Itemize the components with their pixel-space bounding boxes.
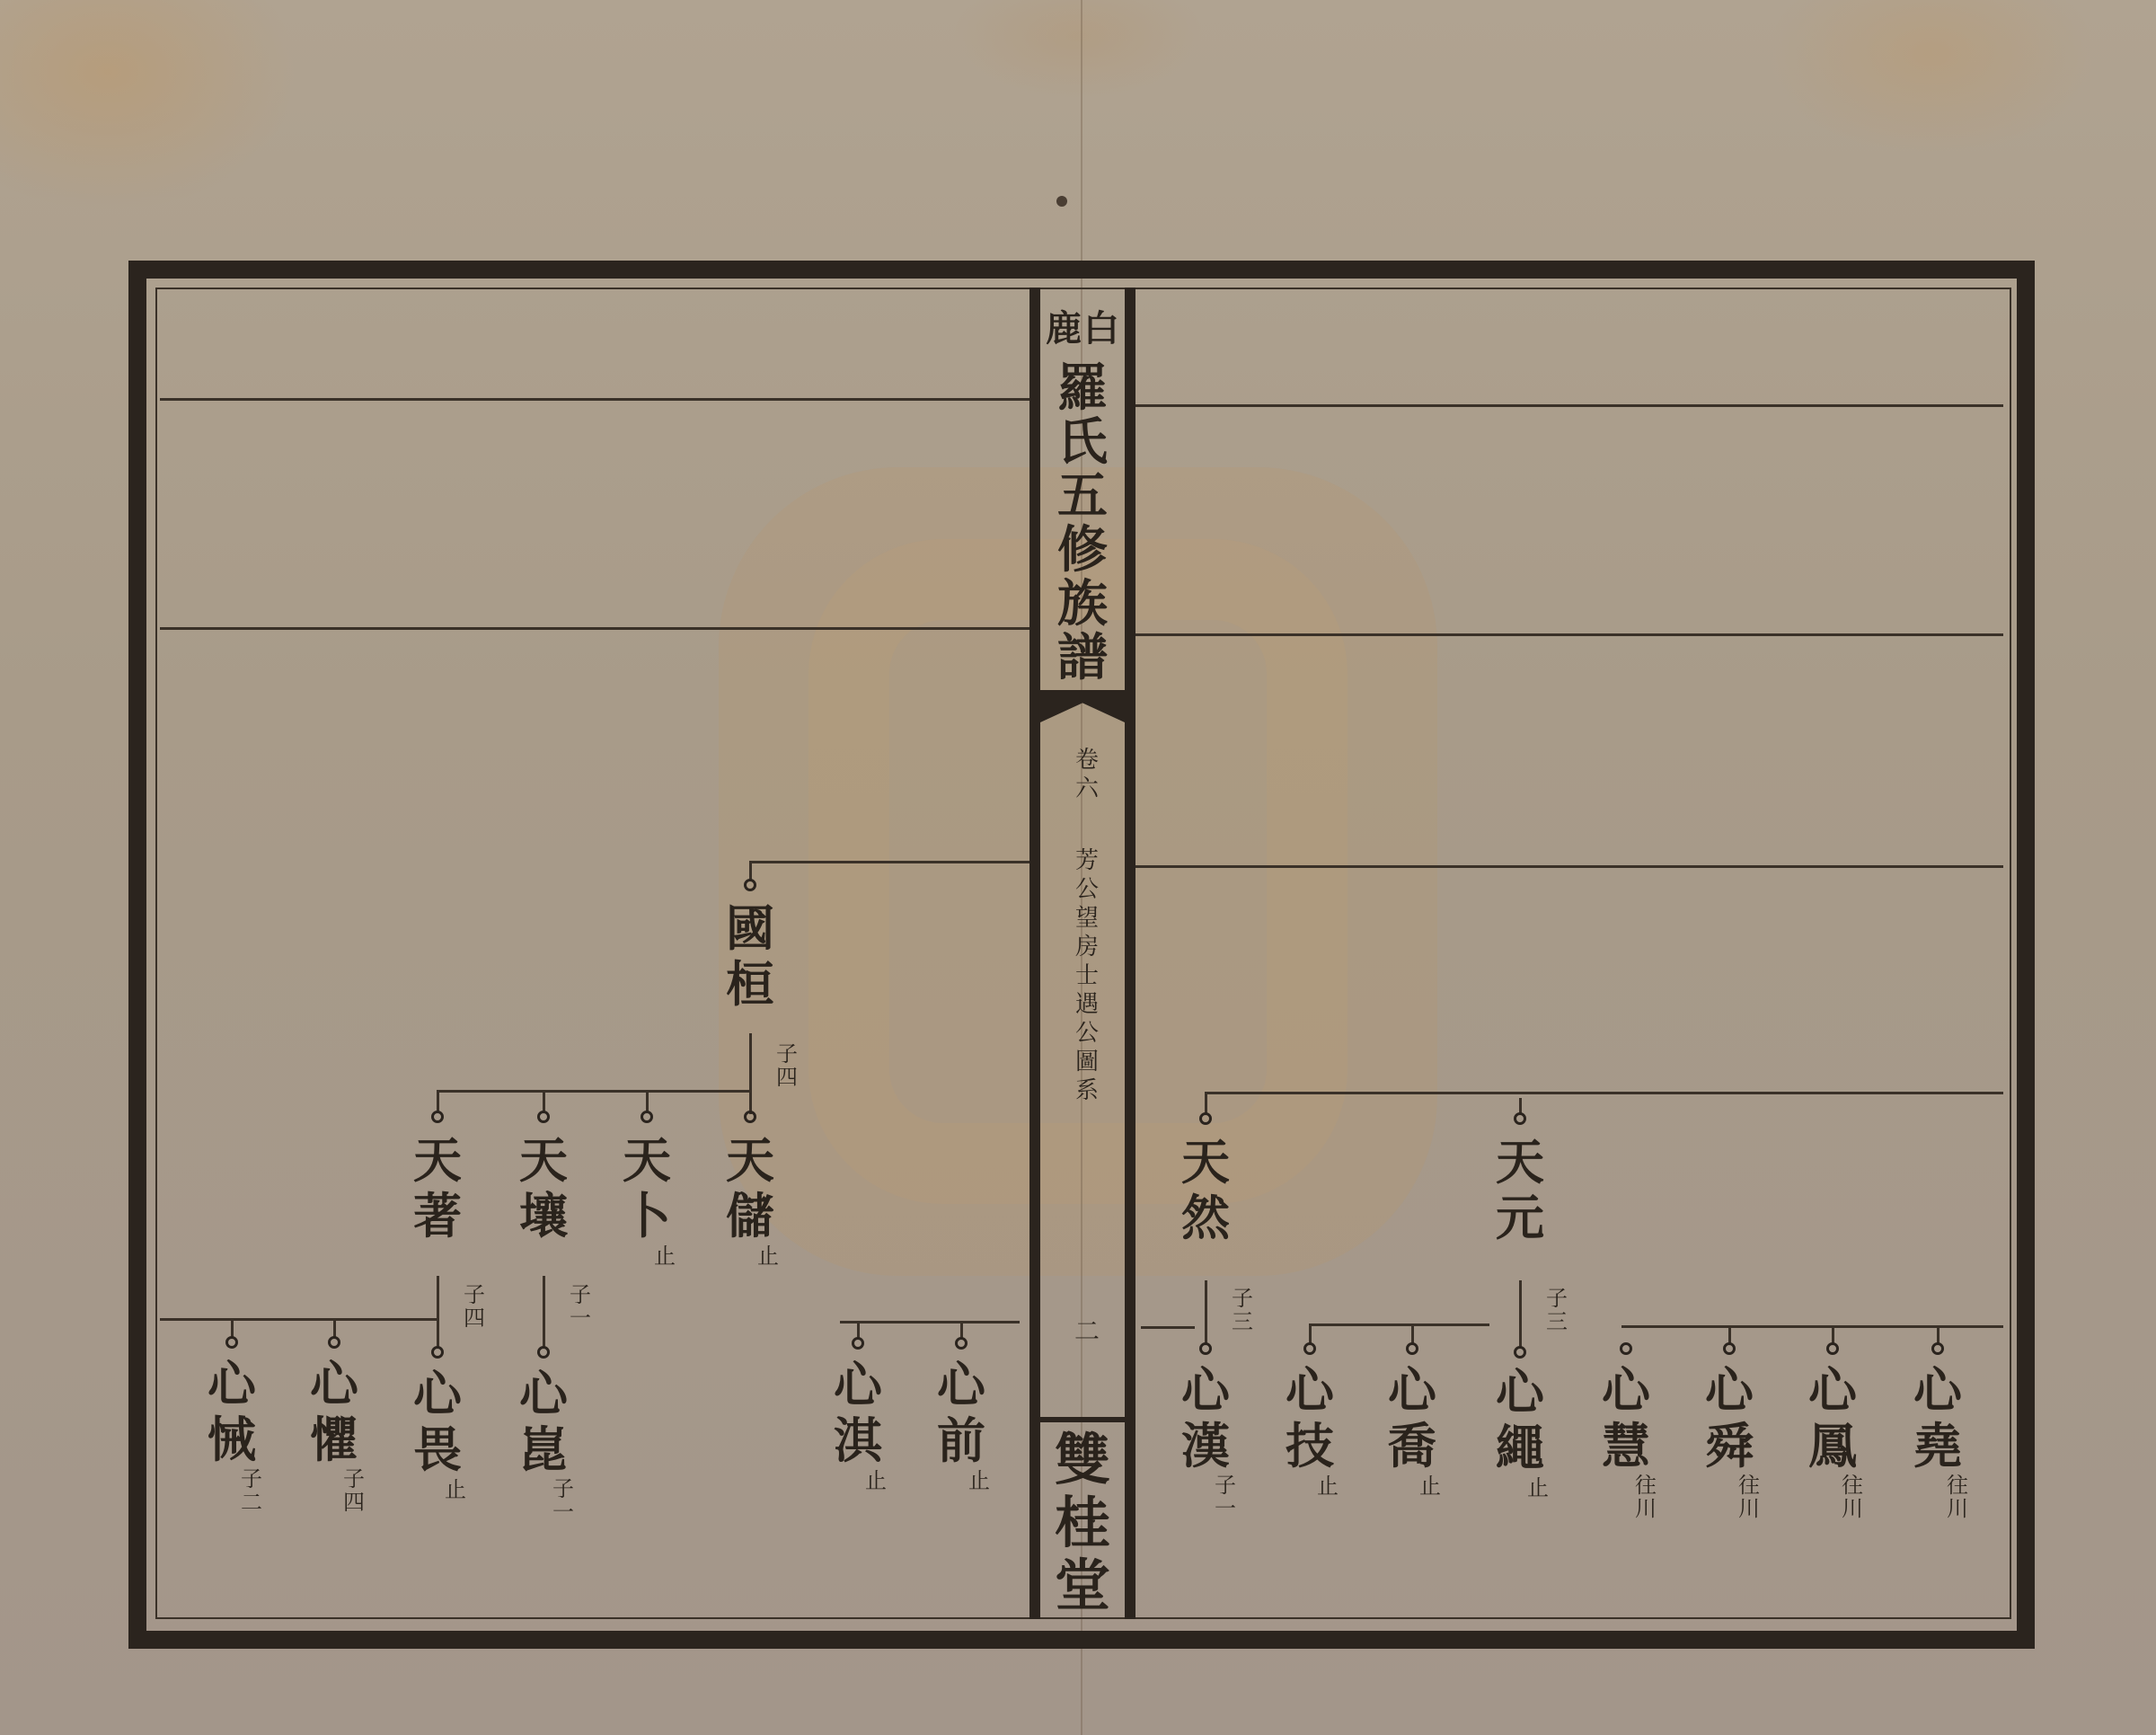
hall-name: 雙 桂 堂 [1042,1429,1123,1617]
rule-left-1 [160,398,1029,401]
child-count-note: 子一 [552,1477,574,1524]
section-char: 系 [1075,1076,1099,1105]
person-心崑: 心崑 子一 [503,1346,584,1524]
person-心喬: 心喬 止 [1372,1342,1453,1499]
sons-bar-right [1205,1092,2003,1094]
grandsons-bar-3 [1310,1323,1489,1326]
status-note: 往川 [1947,1474,1968,1520]
rule-left-2 [160,627,1029,630]
person-心堯: 心堯 往川 [1897,1342,1978,1520]
status-note: 止 [445,1477,466,1502]
hall-char: 雙 [1055,1429,1110,1492]
hall-char: 堂 [1055,1554,1110,1617]
node-circle-icon [225,1336,238,1349]
connector [1205,1280,1207,1343]
volume-char: 卷 [1075,746,1099,775]
rule-right-3 [1135,865,2003,868]
node-circle-icon [328,1336,340,1349]
title-char: 族 [1057,577,1108,631]
status-note: 止 [1419,1474,1441,1499]
person-天卜: 天卜 止 [606,1111,687,1269]
node-circle-icon [1620,1342,1632,1355]
sons-bar [437,1090,750,1093]
person-天元: 天元 [1480,1112,1560,1245]
person-心淇: 心淇 止 [817,1337,898,1493]
rule-left-3 [750,861,1029,863]
connector [1411,1323,1414,1343]
book-title: 白 鹿 羅 氏 五 修 族 譜 [1040,297,1125,692]
node-circle-icon [1514,1112,1526,1125]
connector [1205,1092,1207,1113]
node-circle-icon [1931,1342,1944,1355]
child-count-note: 子一 [570,1283,591,1330]
person-心鳳: 心鳳 往川 [1792,1342,1873,1520]
node-circle-icon [852,1337,864,1350]
node-circle-icon [431,1111,444,1123]
title-char: 五 [1057,469,1108,523]
volume-section-label: 卷 六 芳 公 望 房 士 遇 公 圖 系 [1067,746,1107,1105]
status-note: 止 [968,1468,990,1493]
status-note: 止 [757,1244,779,1269]
connector [1519,1280,1522,1348]
child-count-note: 子一 [1215,1474,1236,1520]
connector [857,1321,860,1339]
node-circle-icon [641,1111,653,1123]
person-心慧: 心慧 往川 [1586,1342,1666,1520]
section-char: 圖 [1075,1048,1099,1076]
person-心舜: 心舜 往川 [1689,1342,1770,1520]
node-circle-icon [1303,1342,1316,1355]
section-char: 芳 [1075,846,1099,875]
section-char: 望 [1075,904,1099,933]
child-count-note: 子二 [241,1467,262,1514]
connector [646,1090,649,1111]
connector [1832,1325,1834,1343]
title-char: 修 [1057,523,1108,577]
connector [749,861,752,881]
title-char: 鹿 [1046,311,1082,347]
connector [1937,1325,1940,1343]
grandsons-bar-1 [840,1321,1020,1323]
connector [960,1321,963,1339]
section-char: 公 [1075,875,1099,904]
person-心畏: 心畏 止 [397,1346,478,1502]
node-circle-icon [537,1111,550,1123]
connector-stub [1141,1326,1195,1329]
connector [749,1033,752,1114]
node-circle-icon [1723,1342,1736,1355]
node-circle-icon [1406,1342,1418,1355]
person-心悈: 心悈 子二 [191,1336,272,1514]
child-count-note: 子四 [343,1467,365,1514]
connector [1309,1323,1312,1343]
grandsons-bar-2 [160,1318,437,1321]
status-note: 止 [865,1468,887,1493]
connector [437,1276,439,1348]
person-心技: 心技 止 [1269,1342,1350,1499]
hall-char: 桂 [1055,1492,1110,1554]
status-note: 止 [654,1244,676,1269]
status-note: 往川 [1842,1474,1863,1520]
title-char: 白 [1083,311,1119,347]
node-circle-icon [744,1111,756,1123]
connector [333,1318,336,1338]
person-天著: 天著 [397,1111,478,1244]
node-circle-icon [431,1346,444,1359]
node-circle-icon [1199,1112,1212,1125]
child-count-note: 子三 [1546,1287,1568,1333]
hall-divider [1040,1417,1125,1422]
node-circle-icon [537,1346,550,1359]
person-心漢: 心漢 子一 [1165,1342,1246,1520]
person-天壤: 天壤 [503,1111,584,1244]
status-note: 止 [1527,1475,1549,1500]
person-天然: 天然 [1165,1112,1246,1245]
person-心懼: 心懼 子四 [294,1336,375,1514]
node-circle-icon [744,879,756,891]
page-number: 二 [1067,1312,1107,1348]
node-circle-icon [1514,1346,1526,1359]
connector [437,1090,439,1111]
grandsons-bar-4 [1621,1325,2003,1328]
connector [1728,1325,1731,1343]
person-心繩: 心繩 止 [1480,1346,1560,1500]
person-國桓: 國 桓 [710,879,791,1012]
person-天儲: 天儲 止 [710,1111,791,1269]
child-count-note: 子 四 [776,1042,798,1089]
status-note: 往川 [1738,1474,1760,1520]
child-count-note: 子三 [1232,1287,1253,1333]
node-circle-icon [1199,1342,1212,1355]
title-char: 譜 [1057,631,1108,685]
connector [231,1318,234,1338]
title-top: 白 鹿 [1040,297,1125,361]
rule-right-2 [1135,633,2003,636]
volume-char: 六 [1075,775,1099,803]
status-note: 止 [1317,1474,1339,1499]
person-name: 國 桓 [726,900,774,1012]
child-count-note: 子四 [464,1283,485,1330]
title-char: 氏 [1057,415,1108,469]
ink-spot [1056,196,1067,207]
section-char: 遇 [1075,990,1099,1019]
rule-right-1 [1135,404,2003,407]
title-char: 羅 [1057,361,1108,415]
connector [543,1276,545,1348]
node-circle-icon [955,1337,968,1350]
connector [543,1090,545,1111]
node-circle-icon [1826,1342,1839,1355]
section-char: 房 [1075,933,1099,961]
person-心前: 心前 止 [921,1337,1002,1493]
section-char: 公 [1075,1019,1099,1048]
section-char: 士 [1075,961,1099,990]
status-note: 往川 [1635,1474,1657,1520]
